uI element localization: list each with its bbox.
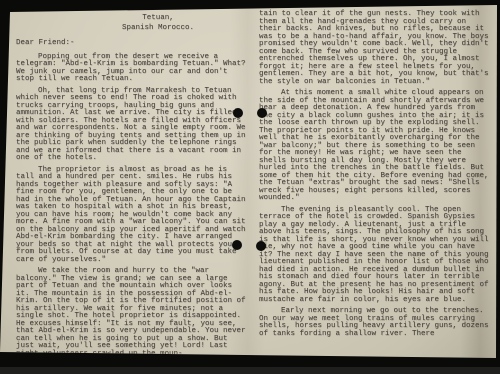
letter-heading: Tetuan, Spanish Morocco. xyxy=(58,14,258,33)
salutation: Dear Friend:- xyxy=(16,40,248,48)
paragraph: Oh, that long trip from Marrakesh to Tet… xyxy=(16,88,248,163)
paragraph: The evening is pleasantly cool. The open… xyxy=(259,207,492,305)
paragraph-continuation: tain to clear it of the gun nests. They … xyxy=(259,11,492,86)
photo-background: Tetuan, Spanish Morocco. Dear Friend:- P… xyxy=(0,0,500,374)
heading-place-line: Tetuan, xyxy=(58,14,258,24)
punch-hole xyxy=(256,241,266,251)
punch-hole xyxy=(232,240,242,250)
left-column: Tetuan, Spanish Morocco. Dear Friend:- P… xyxy=(16,14,248,362)
paragraph: Early next morning we go out to the tren… xyxy=(259,308,492,338)
heading-region-line: Spanish Morocco. xyxy=(58,24,258,34)
letter-page: Tetuan, Spanish Morocco. Dear Friend:- P… xyxy=(0,0,500,374)
paragraph: At this moment a small white cloud appea… xyxy=(259,90,492,203)
table-edge xyxy=(0,367,500,374)
paragraph: Popping out from the desert we receive a… xyxy=(16,54,248,84)
right-column: tain to clear it of the gun nests. They … xyxy=(259,11,492,342)
paragraph: The proprietor is almost as broad as he … xyxy=(16,167,248,265)
punch-hole xyxy=(233,108,243,118)
punch-hole xyxy=(257,108,267,118)
paragraph: We take the room and hurry to the "war b… xyxy=(16,268,248,358)
